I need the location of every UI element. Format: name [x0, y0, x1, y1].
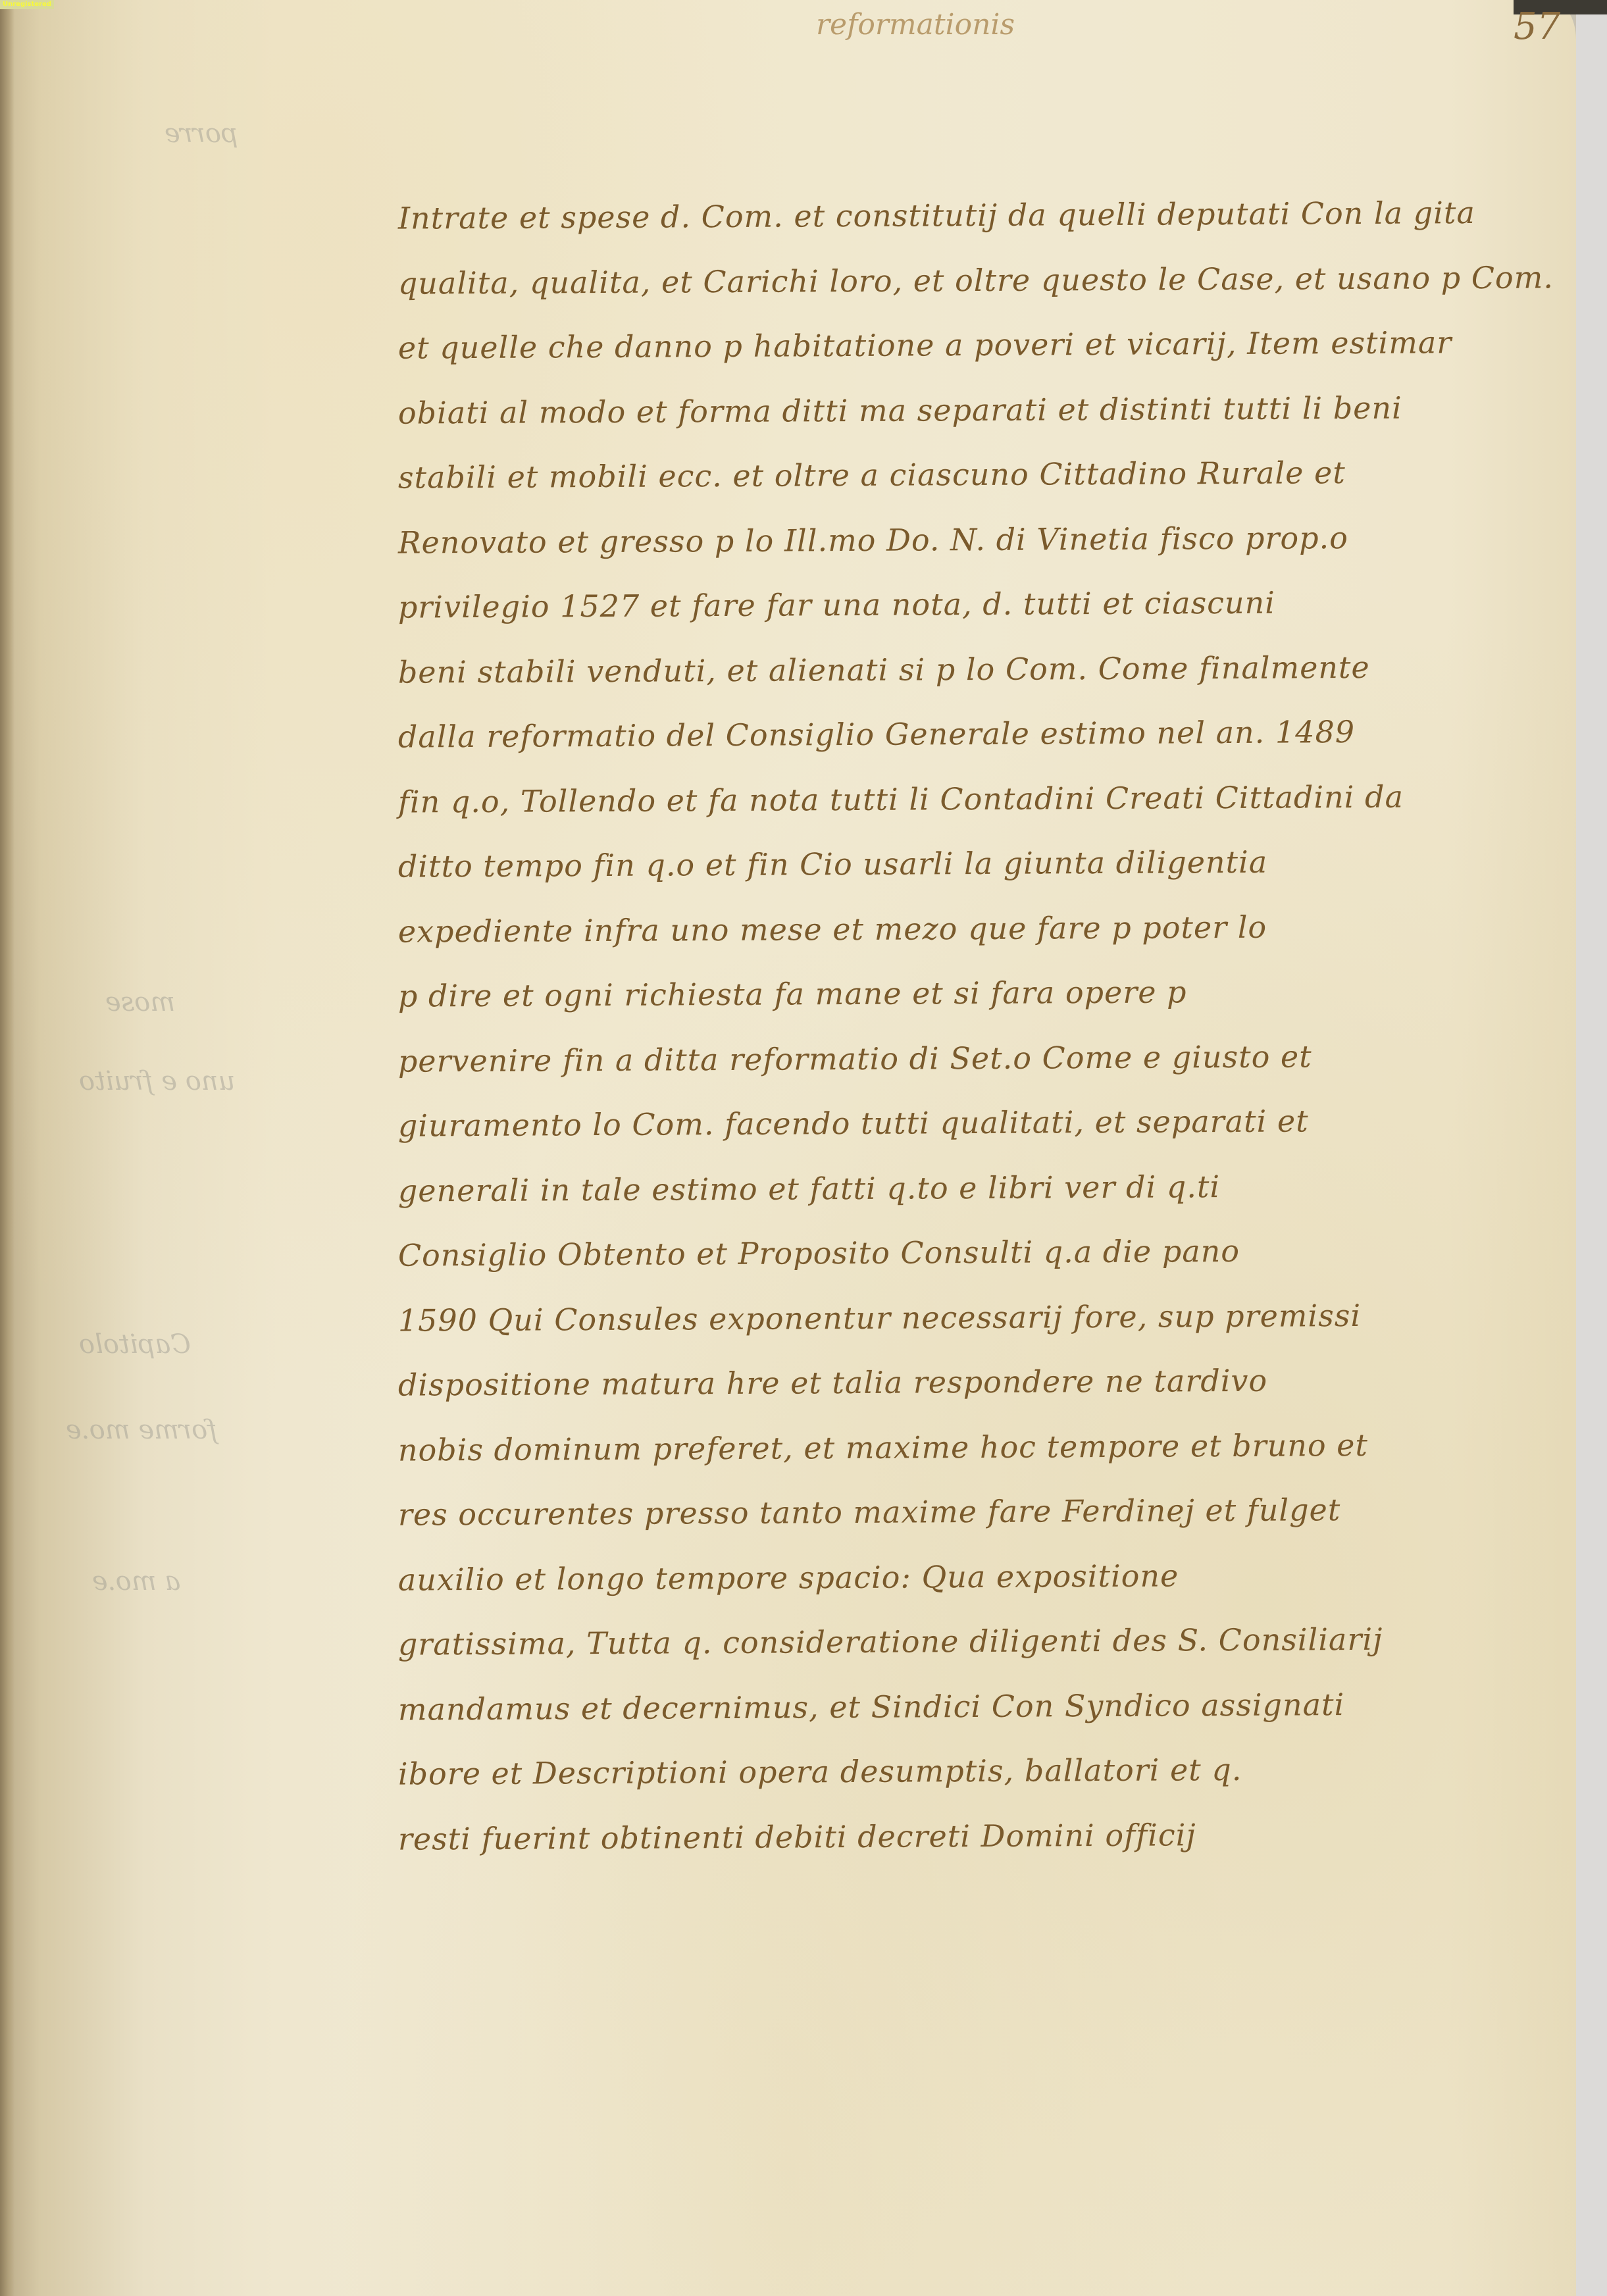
- manuscript-line: dispositione matura hre et talia respond…: [398, 1361, 1556, 1432]
- manuscript-line: dalla reformatio del Consiglio Generale …: [398, 713, 1556, 784]
- manuscript-line: qualita, qualita, et Carichi loro, et ol…: [398, 259, 1556, 330]
- manuscript-line: Consiglio Obtento et Proposito Consulti …: [398, 1231, 1556, 1302]
- manuscript-line: p dire et ogni richiesta fa mane et si f…: [398, 972, 1556, 1043]
- manuscript-line: et quelle che danno p habitatione a pove…: [398, 324, 1556, 395]
- manuscript-line: 1590 Qui Consules exponentur necessarij …: [398, 1296, 1556, 1367]
- manuscript-line: Intrate et spese d. Com. et constitutij …: [398, 194, 1556, 265]
- bleed-through-text: porre: [165, 118, 238, 149]
- bleed-through-text: mose: [105, 987, 175, 1017]
- manuscript-line: resti fuerint obtinenti debiti decreti D…: [398, 1815, 1556, 1886]
- manuscript-line: gratissima, Tutta q. consideratione dili…: [398, 1620, 1556, 1691]
- manuscript-line: ditto tempo fin q.o et fin Cio usarli la…: [398, 842, 1556, 913]
- page-heading: reformationis: [816, 8, 1015, 41]
- manuscript-line: nobis dominum preferet, et maxime hoc te…: [398, 1426, 1556, 1497]
- manuscript-line: stabili et mobili ecc. et oltre a ciascu…: [398, 453, 1556, 524]
- bleed-through-text: Capitolo: [79, 1329, 191, 1360]
- manuscript-line: fin q.o, Tollendo et fa nota tutti li Co…: [398, 778, 1556, 849]
- manuscript-body: Intrate et spese d. Com. et constitutij …: [398, 197, 1556, 1883]
- manuscript-line: res occurentes presso tanto maxime fare …: [398, 1491, 1556, 1562]
- scan-background: [1576, 13, 1607, 2296]
- manuscript-line: ibore et Descriptioni opera desumptis, b…: [398, 1750, 1556, 1821]
- manuscript-line: expediente infra uno mese et mezo que fa…: [398, 907, 1556, 979]
- manuscript-line: Renovato et gresso p lo Ill.mo Do. N. di…: [398, 519, 1556, 590]
- bleed-through-text: forme mo.e: [66, 1415, 217, 1445]
- manuscript-line: obiati al modo et forma ditti ma separat…: [398, 389, 1556, 460]
- bleed-through-text: uno e fruito: [79, 1066, 235, 1096]
- book-binding-edge: [0, 0, 14, 2296]
- manuscript-line: beni stabili venduti, et alienati si p l…: [398, 648, 1556, 719]
- manuscript-line: privilegio 1527 et fare far una nota, d.…: [398, 583, 1556, 654]
- folio-number: 57: [1514, 5, 1560, 48]
- bleed-through-text: a mo.e: [92, 1566, 180, 1596]
- manuscript-line: mandamus et decernimus, et Sindici Con S…: [398, 1685, 1556, 1756]
- unregistered-watermark: Unregistered: [0, 0, 54, 9]
- manuscript-line: pervenire fin a ditta reformatio di Set.…: [398, 1037, 1556, 1108]
- manuscript-line: auxilio et longo tempore spacio: Qua exp…: [398, 1556, 1556, 1627]
- manuscript-line: giuramento lo Com. facendo tutti qualita…: [398, 1102, 1556, 1173]
- manuscript-line: generali in tale estimo et fatti q.to e …: [398, 1167, 1556, 1238]
